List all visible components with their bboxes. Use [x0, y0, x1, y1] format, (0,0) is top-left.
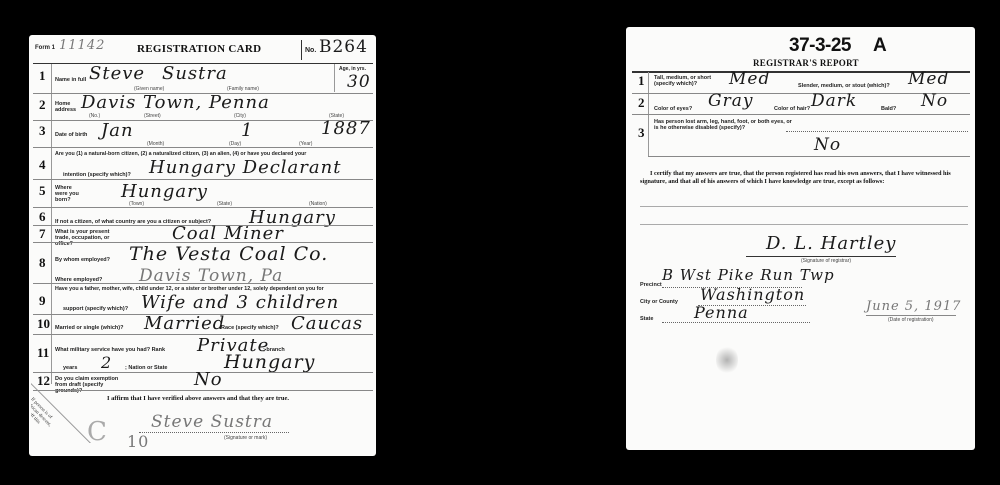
bald-value: No [921, 91, 948, 111]
registrar-signature-label: (Signature of registrar) [801, 258, 851, 264]
form-label: Form 1 [35, 45, 55, 51]
row-number: 6 [39, 209, 46, 225]
row-number: 4 [39, 157, 46, 173]
build-value: Med [908, 69, 949, 89]
row-number: 1 [39, 68, 46, 84]
margin-number: 10 [127, 432, 149, 451]
disability-value: No [814, 135, 841, 155]
birth-month: Jan [101, 120, 134, 141]
given-name: Steve [89, 63, 145, 84]
serial-number: B264 [319, 37, 368, 57]
hair-color-label: Color of hair? [774, 106, 810, 112]
form-number: 11142 [59, 38, 105, 53]
city-county-value: Washington [700, 285, 805, 304]
name-label: Name in full [55, 77, 86, 83]
row-number: 9 [39, 293, 46, 309]
age-value: 30 [347, 72, 371, 92]
row-number: 3 [638, 125, 645, 141]
height-value: Med [729, 69, 770, 89]
registrant-signature: Steve Sustra [151, 412, 273, 432]
height-label: Tall, medium, or short (specify which)? [654, 75, 714, 87]
years-value: 2 [101, 353, 112, 372]
nation-value: Hungary [224, 351, 315, 373]
family-name: Sustra [162, 63, 228, 84]
marital-label: Married or single (which)? [55, 325, 123, 331]
row-number: 7 [39, 226, 46, 242]
sub-label: (Street) [144, 113, 161, 119]
support-label: support (specify which)? [63, 306, 128, 312]
row-number: 1 [638, 73, 645, 89]
years-label: years [63, 365, 77, 371]
race-value: Caucas [291, 313, 363, 334]
sub-label: (No.) [89, 113, 100, 119]
precinct-label: Precinct [640, 282, 662, 288]
row-number: 3 [39, 123, 46, 139]
precinct-value: B Wst Pike Run Twp [662, 266, 835, 284]
state-label: State [640, 316, 653, 322]
card-title: REGISTRATION CARD [137, 43, 261, 55]
build-label: Slender, medium, or stout (which)? [798, 83, 890, 89]
registration-card: Form 1 11142 REGISTRATION CARD No. B264 … [29, 35, 376, 456]
report-title: REGISTRAR'S REPORT [753, 58, 859, 68]
home-address-value: Davis Town, Penna [81, 92, 270, 113]
sub-label: (City) [234, 113, 246, 119]
stamp-letter: A [873, 35, 887, 57]
bald-label: Bald? [881, 106, 896, 112]
certification-text: I certify that my answers are true, that… [640, 170, 965, 186]
nation-label: ; Nation or State [125, 365, 167, 371]
citizenship-value: Hungary Declarant [149, 157, 341, 178]
race-label: Race (specify which)? [221, 325, 279, 331]
birthplace-value: Hungary [121, 181, 208, 202]
home-address-label: Home address [55, 101, 77, 113]
eye-color-value: Gray [708, 91, 753, 111]
row-number: 11 [37, 345, 49, 361]
dob-label: Date of birth [55, 132, 87, 138]
marital-value: Married [144, 313, 225, 334]
occupation-label: What is your present trade, occupation, … [55, 229, 119, 247]
registration-date-label: (Date of registration) [888, 317, 934, 323]
ink-smudge [716, 345, 738, 375]
city-county-label: City or County [640, 299, 678, 305]
disability-label: Has person lost arm, leg, hand, foot, or… [654, 119, 794, 131]
row-number: 8 [39, 255, 46, 271]
dependents-value: Wife and 3 children [141, 292, 339, 313]
signature-label: (Signature or mark) [224, 435, 267, 441]
eye-color-label: Color of eyes? [654, 106, 692, 112]
intention-label: intention (specify which)? [63, 172, 131, 178]
row-number: 10 [37, 316, 50, 332]
registration-date: June 5, 1917 [866, 299, 961, 314]
row-number: 2 [39, 97, 46, 113]
hair-color-value: Dark [811, 91, 857, 111]
employer-value: The Vesta Coal Co. [129, 243, 328, 265]
birth-day: 1 [241, 120, 253, 141]
registrar-signature: D. L. Hartley [766, 233, 896, 254]
exemption-value: No [194, 369, 223, 390]
occupation-value: Coal Miner [172, 223, 284, 244]
state-value: Penna [694, 303, 749, 322]
birth-year: 1887 [321, 118, 371, 139]
row-number: 2 [638, 95, 645, 111]
birthplace-label: Where were you born? [55, 185, 85, 203]
no-label: No. [305, 47, 316, 54]
corner-stamp: If person is of African descent, tear of… [31, 383, 93, 443]
registrars-report-card: 37-3-25 A REGISTRAR'S REPORT 1 Tall, med… [626, 27, 975, 450]
affirmation-text: I affirm that I have verified above answ… [107, 395, 289, 402]
stamp-number: 37-3-25 [789, 35, 851, 57]
employer-label: By whom employed? [55, 257, 110, 263]
row-number: 5 [39, 183, 46, 199]
